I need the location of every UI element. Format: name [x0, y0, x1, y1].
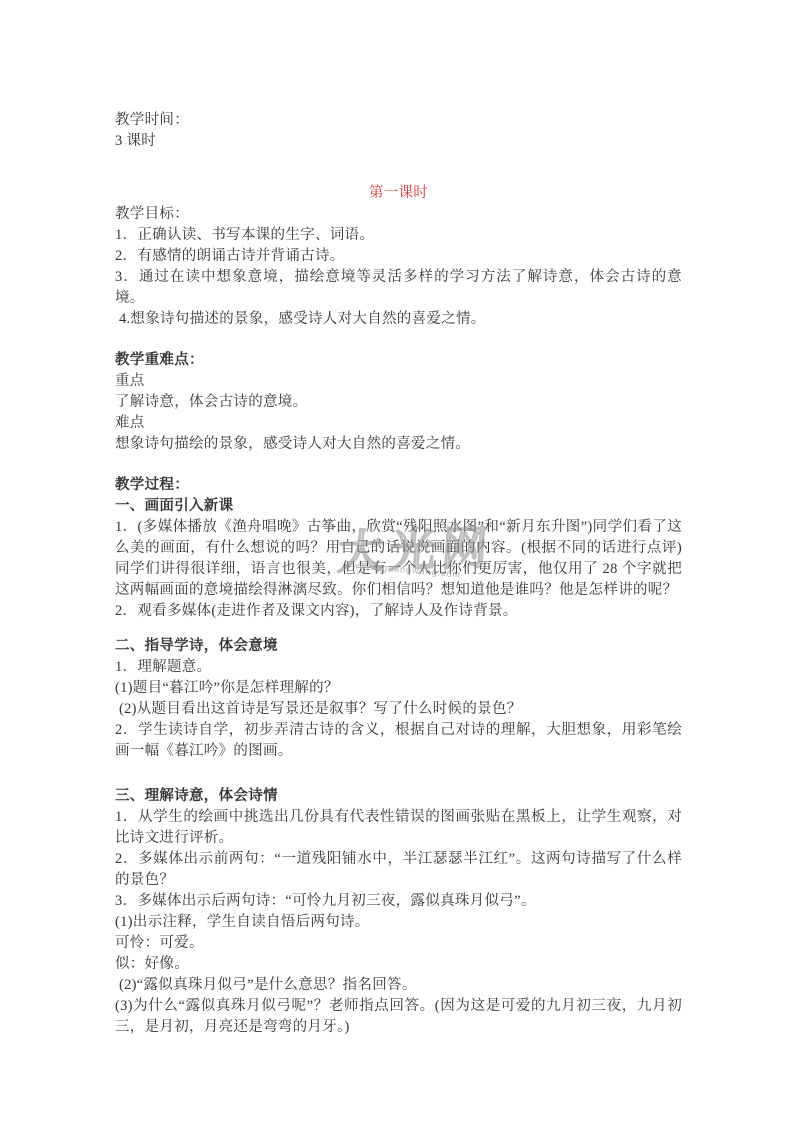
- document-content: 教学时间： 3 课时 第一课时 教学目标： 1．正确认读、书写本课的生字、词语。…: [115, 110, 682, 1038]
- key-point-label: 重点: [115, 371, 682, 392]
- section-3-paragraph-2: 2．多媒体出示前两句：“一道残阳铺水中，半江瑟瑟半江红”。这两句诗描写了什么样的…: [115, 849, 682, 891]
- section-1-title: 一、画面引入新课: [115, 496, 682, 517]
- section-1-paragraph-2: 2．观看多媒体(走进作者及课文内容)，了解诗人及作诗背景。: [115, 601, 682, 622]
- key-points-heading: 教学重难点：: [115, 350, 682, 371]
- section-3-paragraph-1: 1．从学生的绘画中挑选出几份具有代表性错误的图画张贴在黑板上，让学生观察，对比诗…: [115, 807, 682, 849]
- section-3-paragraph-7: (2)“露似真珠月似弓”是什么意思？指名回答。: [115, 975, 682, 996]
- spacer: [115, 762, 682, 786]
- objective-item-2: 2．有感情的朗诵古诗并背诵古诗。: [115, 246, 682, 267]
- objective-item-3: 3．通过在读中想象意境，描绘意境等灵活多样的学习方法了解诗意，体会古诗的意境。: [115, 267, 682, 309]
- spacer: [115, 152, 682, 183]
- section-2-title: 二、指导学诗，体会意境: [115, 636, 682, 657]
- section-3-paragraph-8: (3)为什么“露似真珠月似弓呢”？老师指点回答。(因为这是可爱的九月初三夜，九月…: [115, 996, 682, 1038]
- spacer: [115, 330, 682, 350]
- process-heading: 教学过程：: [115, 475, 682, 496]
- section-3-paragraph-3: 3．多媒体出示后两句诗：“可怜九月初三夜，露似真珠月似弓”。: [115, 891, 682, 912]
- key-point-text: 了解诗意，体会古诗的意境。: [115, 392, 682, 413]
- section-2-paragraph-1: 1．理解题意。: [115, 657, 682, 678]
- objective-item-4: 4.想象诗句描述的景象，感受诗人对大自然的喜爱之情。: [115, 309, 682, 330]
- annotation-keling: 可怜：可爱。: [115, 933, 682, 954]
- section-3-title: 三、理解诗意，体会诗情: [115, 786, 682, 807]
- spacer: [115, 455, 682, 475]
- teaching-time-value: 3 课时: [115, 131, 682, 152]
- difficult-point-text: 想象诗句描绘的景象，感受诗人对大自然的喜爱之情。: [115, 434, 682, 455]
- teaching-time-label: 教学时间：: [115, 110, 682, 131]
- section-3-paragraph-4: (1)出示注释，学生自读自悟后两句诗。: [115, 912, 682, 933]
- objectives-heading: 教学目标：: [115, 204, 682, 225]
- annotation-si: 似：好像。: [115, 954, 682, 975]
- section-2-paragraph-4: 2．学生读诗自学，初步弄清古诗的含义，根据自己对诗的理解，大胆想象，用彩笔绘画一…: [115, 720, 682, 762]
- session-title: 第一课时: [115, 183, 682, 204]
- document-page: 教学时间： 3 课时 第一课时 教学目标： 1．正确认读、书写本课的生字、词语。…: [0, 0, 793, 1122]
- objective-item-1: 1．正确认读、书写本课的生字、词语。: [115, 225, 682, 246]
- section-2-paragraph-2: (1)题目“暮江吟”你是怎样理解的？: [115, 678, 682, 699]
- section-2-paragraph-3: (2)从题目看出这首诗是写景还是叙事？写了什么时候的景色？: [115, 699, 682, 720]
- difficult-point-label: 难点: [115, 413, 682, 434]
- spacer: [115, 622, 682, 636]
- section-1-paragraph-1: 1．(多媒体播放《渔舟唱晚》古筝曲，欣赏“残阳照水图”和“新月东升图”)同学们看…: [115, 517, 682, 601]
